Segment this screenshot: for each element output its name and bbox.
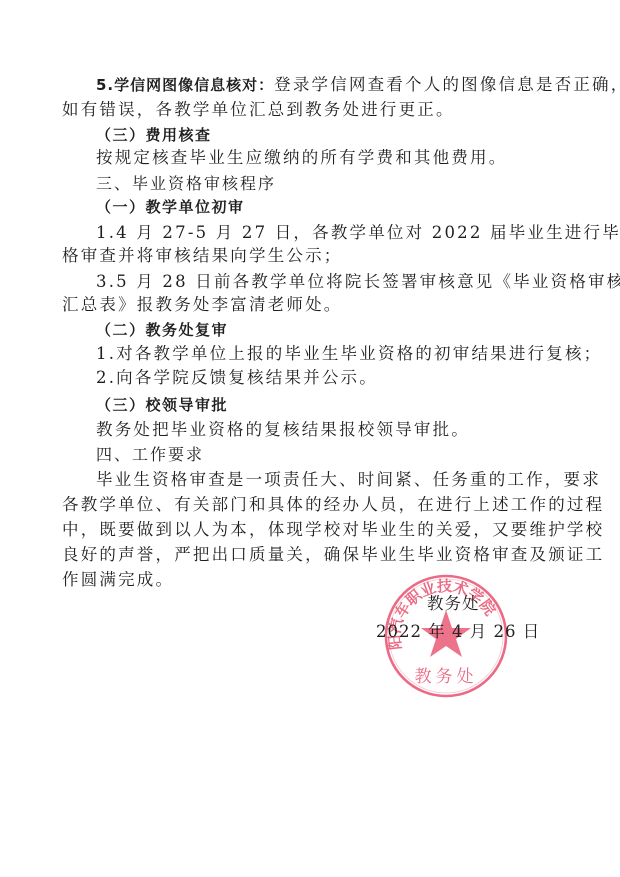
document-page: 5.学信网图像信息核对：登录学信网查看个人的图像信息是否正确， 如有错误，各教学… [0, 0, 620, 877]
stamp-center-text: 教务处 [415, 667, 478, 687]
section4-line: 中，既要做到以人为本，体现学校对毕业生的关爱，又要维护学校 [62, 519, 582, 541]
section-fee-heading: （三）费用核查 [96, 124, 582, 146]
section4-line: 毕业生资格审查是一项责任大、时间紧、任务重的工作，要求 [96, 469, 582, 491]
item5-line1: 5.学信网图像信息核对：登录学信网查看个人的图像信息是否正确， [96, 74, 582, 96]
section3-heading: 三、毕业资格审核程序 [96, 173, 582, 195]
section4-line: 各教学单位、有关部门和具体的经办人员，在进行上述工作的过程 [62, 494, 582, 516]
sub2-heading: （二）教务处复审 [96, 319, 582, 341]
sub1-item3-line1: 3.5 月 28 日前各教学单位将院长签署审核意见《毕业资格审核 [96, 271, 582, 293]
item5-text: 登录学信网查看个人的图像信息是否正确， [274, 75, 620, 94]
signature-office: 教务处 [427, 593, 480, 615]
sub1-heading: （一）教学单位初审 [96, 196, 582, 218]
signature-date: 2022 年 4 月 26 日 [376, 621, 540, 643]
sub3-heading: （三）校领导审批 [96, 394, 582, 416]
sub3-text: 教务处把毕业资格的复核结果报校领导审批。 [96, 419, 582, 441]
sub2-item1: 1.对各教学单位上报的毕业生毕业资格的初审结果进行复核； [96, 343, 582, 365]
section-fee-text: 按规定核查毕业生应缴纳的所有学费和其他费用。 [96, 147, 582, 169]
item5-label: 5.学信网图像信息核对： [96, 76, 274, 94]
item5-line2: 如有错误，各教学单位汇总到教务处进行更正。 [62, 99, 582, 121]
section4-line: 良好的声誉，严把出口质量关，确保毕业生毕业资格审查及颁证工 [62, 544, 582, 566]
sub1-item1-line1: 1.4 月 27-5 月 27 日，各教学单位对 2022 届毕业生进行毕业资 [96, 222, 582, 244]
section4-heading: 四、工作要求 [96, 444, 582, 466]
sub2-item2: 2.向各学院反馈复核结果并公示。 [96, 367, 582, 389]
sub1-item1-line2: 格审查并将审核结果向学生公示； [62, 245, 582, 267]
sub1-item3-line2: 汇总表》报教务处李富清老师处。 [62, 294, 582, 316]
